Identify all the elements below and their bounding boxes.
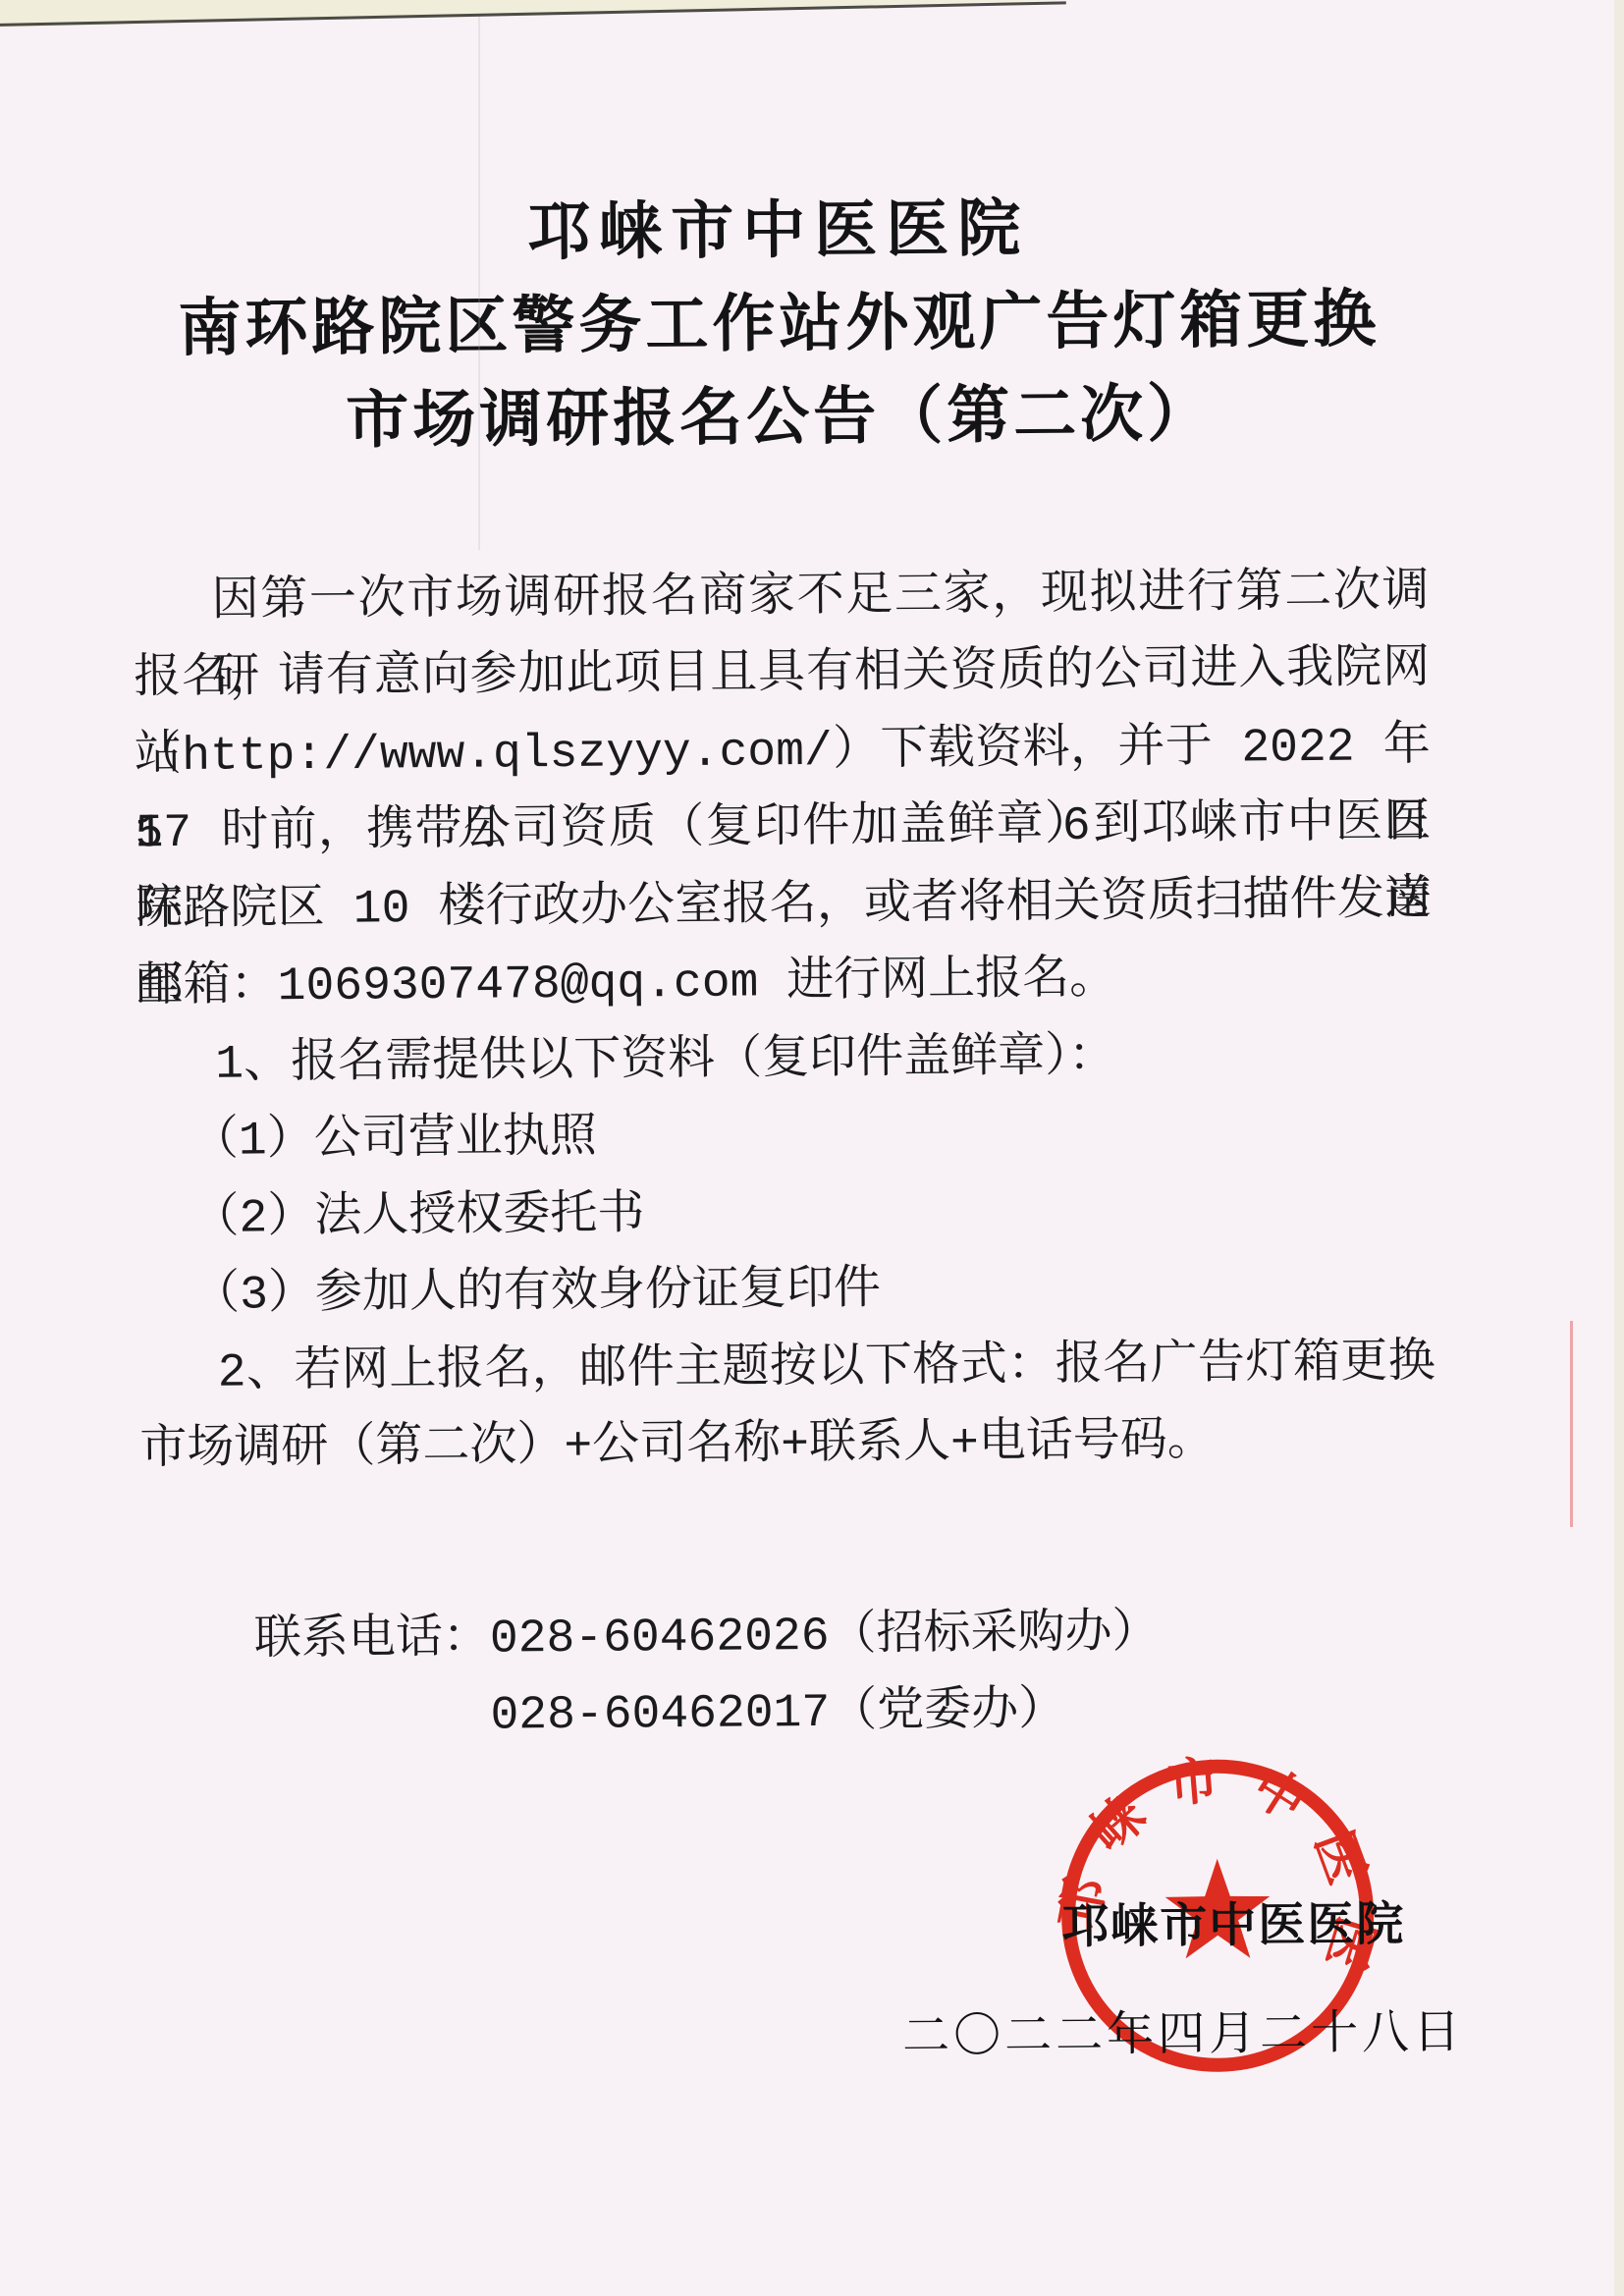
- scan-red-streak: [1570, 1321, 1573, 1527]
- scanned-notice-page: 邛崃市中医医院 南环路院区警务工作站外观广告灯箱更换 市场调研报名公告（第二次）…: [0, 0, 1624, 2296]
- body-line: （1）公司营业执照: [137, 1094, 1435, 1180]
- document-content: 邛崃市中医医院 南环路院区警务工作站外观广告灯箱更换 市场调研报名公告（第二次）…: [0, 0, 1624, 2296]
- body-line: （http://www.qlszyyy.com/）下载资料，并于 2022 年 …: [135, 709, 1432, 795]
- body-line: 1、报名需提供以下资料（复印件盖鲜章）：: [136, 1017, 1434, 1104]
- issuer-signature: 邛崃市中医医院: [1061, 1896, 1405, 1956]
- contact-phone-line-1: 联系电话：028-60462026（招标采购办）: [141, 1594, 1438, 1680]
- body-line: 环路院区 10 楼行政办公室报名，或者将相关资质扫描件发送至: [135, 863, 1433, 950]
- body-line: 报名，请有意向参加此项目且具有相关资质的公司进入我院网站: [134, 631, 1431, 718]
- body-line: 因第一次市场调研报名商家不足三家，现拟进行第二次调研: [133, 555, 1430, 641]
- document-title-line-2: 南环路院区警务工作站外观广告灯箱更换: [131, 281, 1428, 366]
- body-line: 17 时前，携带公司资质（复印件加盖鲜章）到邛崃市中医医院南: [135, 786, 1432, 872]
- issue-date: 二〇二二年四月二十八日: [902, 2004, 1464, 2065]
- body-line: 邮箱：1069307478@qq.com 进行网上报名。: [135, 940, 1433, 1026]
- document-title-line-1: 邛崃市中医医院: [130, 188, 1427, 273]
- body-line: 市场调研（第二次）+公司名称+联系人+电话号码。: [139, 1402, 1436, 1489]
- body-line: （3）参加人的有效身份证复印件: [138, 1248, 1435, 1335]
- scan-streak: [478, 0, 480, 550]
- document-title-line-3: 市场调研报名公告（第二次）: [132, 374, 1429, 460]
- body-line: 2、若网上报名，邮件主题按以下格式：报名广告灯箱更换: [138, 1326, 1435, 1412]
- body-line: （2）法人授权委托书: [137, 1172, 1435, 1258]
- scanner-right-band: [1614, 0, 1624, 2296]
